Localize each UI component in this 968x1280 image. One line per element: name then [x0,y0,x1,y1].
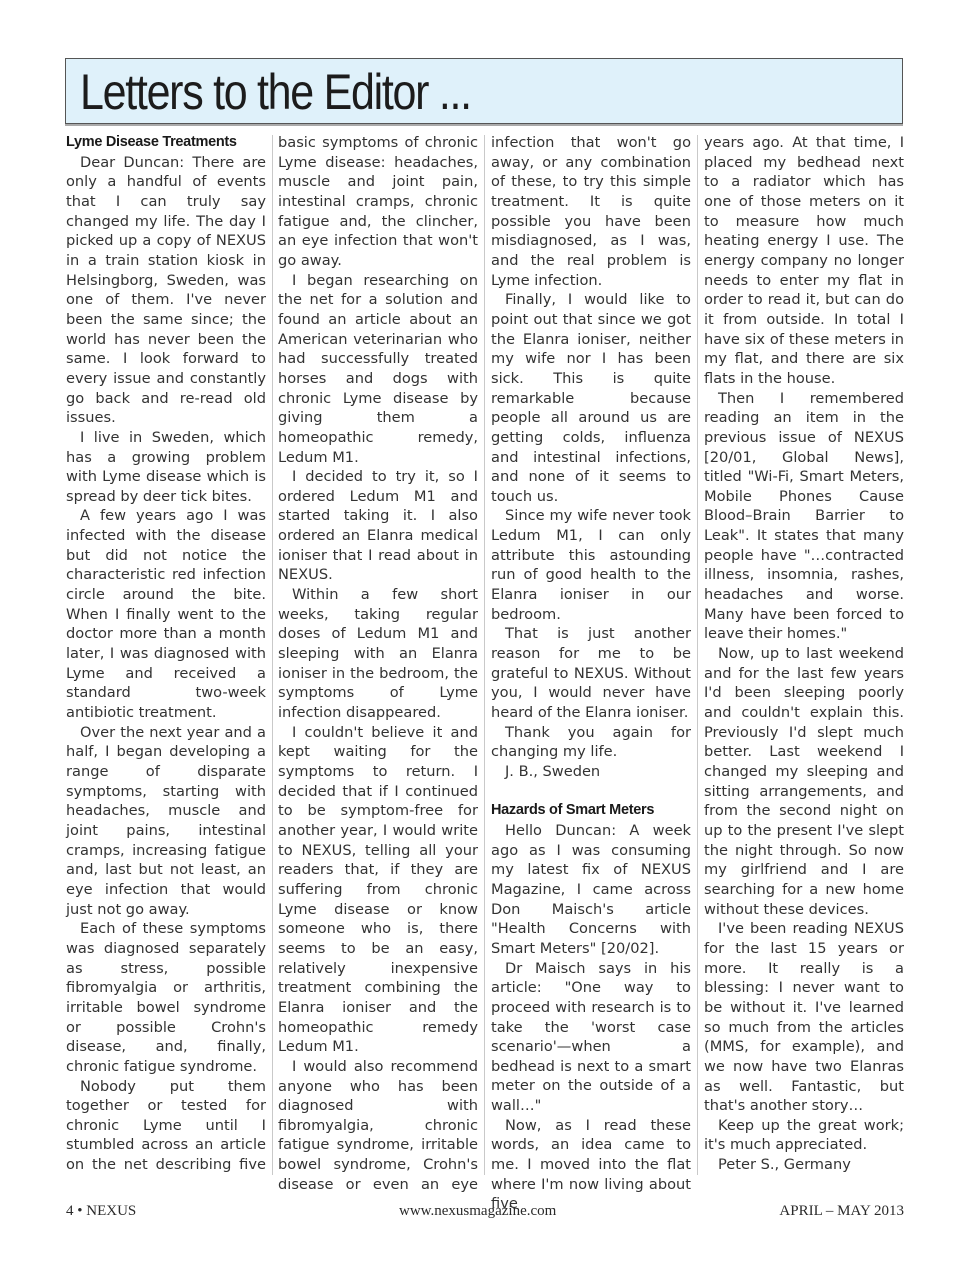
column-2: basic symptoms of chronic Lyme disease: … [278,133,478,1183]
column-divider [697,135,698,1175]
paragraph: Over the next year and a half, I began d… [66,723,266,920]
paragraph: I would also recommend anyone who has be… [278,1057,478,1195]
paragraph: I decided to try it, so I ordered Ledum … [278,467,478,585]
paragraph: A few years ago I was infected with the … [66,506,266,722]
letter-signature: J. B., Sweden [491,762,691,782]
page-number: 4 • NEXUS [66,1203,136,1220]
paragraph: Thank you again for changing my life. [491,723,691,762]
paragraph: Dear Duncan: There are only a handful of… [66,153,266,428]
paragraph: I couldn't believe it and kept waiting f… [278,723,478,1057]
spacer [491,782,691,802]
paragraph: Hello Duncan: A week ago as I was consum… [491,821,691,959]
paragraph: Since my wife never took Ledum M1, I can… [491,506,691,624]
paragraph: That is just another reason for me to be… [491,624,691,722]
paragraph: Finally, I would like to point out that … [491,290,691,506]
paragraph: Within a few short weeks, taking regular… [278,585,478,723]
letter-heading-smart-meters: Hazards of Smart Meters [491,801,691,821]
paragraph: Now, as I read these words, an idea came… [491,1116,691,1214]
paragraph-continuation: basic symptoms of chronic Lyme disease: … [278,133,478,271]
letter-heading-lyme: Lyme Disease Treatments [66,133,266,153]
paragraph: Keep up the great work; it's much apprec… [704,1116,904,1155]
paragraph: Now, up to last weekend and for the last… [704,644,904,919]
column-divider [272,135,273,1175]
paragraph: Dr Maisch says in his article: "One way … [491,959,691,1116]
paragraph: Each of these symptoms was diagnosed sep… [66,919,266,1076]
website-url: www.nexusmagazine.com [399,1203,556,1220]
paragraph: I began researching on the net for a sol… [278,271,478,468]
paragraph: Then I remembered reading an item in the… [704,389,904,645]
paragraph: I've been reading NEXUS for the last 15 … [704,919,904,1116]
page-title-banner: Letters to the Editor ... [65,58,903,124]
page-footer: 4 • NEXUS www.nexusmagazine.com APRIL – … [66,1203,904,1223]
column-divider [484,135,485,1175]
page-title: Letters to the Editor ... [80,63,471,121]
column-3: infection that won't go away, or any com… [491,133,691,1183]
paragraph: Nobody put them together or tested for c… [66,1077,266,1175]
column-1: Lyme Disease Treatments Dear Duncan: The… [66,133,266,1183]
paragraph: I live in Sweden, which has a growing pr… [66,428,266,507]
column-4: years ago. At that time, I placed my bed… [704,133,904,1183]
issue-date: APRIL – MAY 2013 [779,1203,904,1220]
letter-signature: Peter S., Germany [704,1155,904,1175]
paragraph-continuation: infection that won't go away, or any com… [491,133,691,290]
paragraph-continuation: years ago. At that time, I placed my bed… [704,133,904,389]
